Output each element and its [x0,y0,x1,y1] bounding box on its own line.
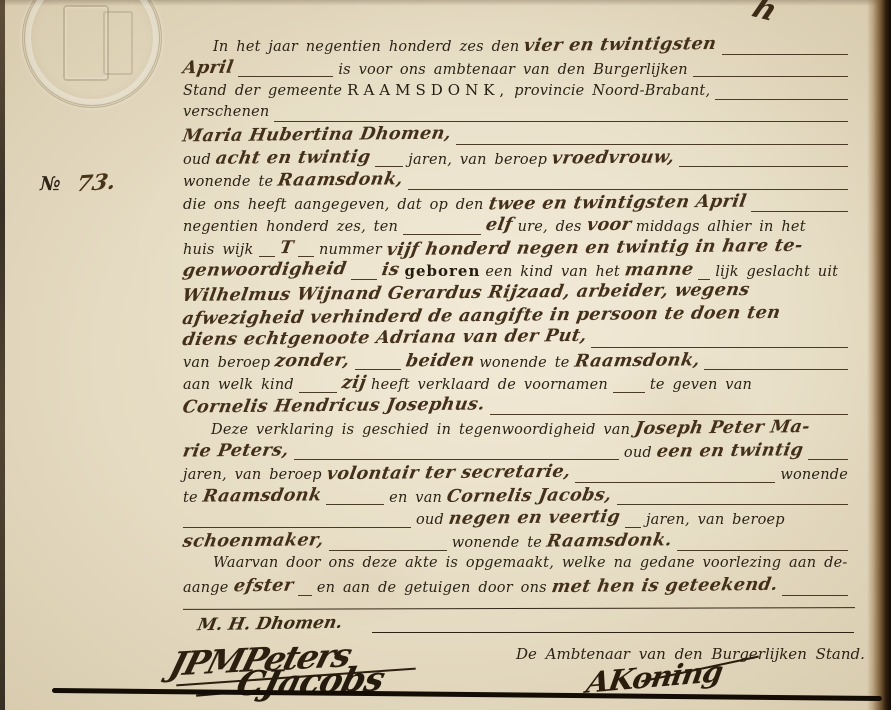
handwritten-text: beiden [404,350,476,371]
signature-declarant: M. H. Dhomen. [196,613,344,636]
handwritten-text: schoenmaker, [181,530,325,551]
blank-line [751,211,848,212]
handwritten-text: April [181,57,235,78]
handwritten-text: zij [340,373,367,393]
document-line: oudnegen en veertigjaren, van beroep [183,509,853,532]
handwritten-text: acht en twintig [214,147,372,169]
handwritten-text: Maria Hubertina Dhomen, [181,124,453,147]
document-line: schoenmaker,wonende teRaamsdonk. [183,532,853,555]
blank-line [591,347,848,348]
handwritten-text: manne [623,260,695,281]
printed-text: wonende te [452,535,542,551]
signature-witness-2: CJacobs [232,659,388,704]
document-line: oudacht en twintigjaren, van beroepvroed… [183,149,853,172]
printed-text: is voor ons ambtenaar van den Burgerlijk… [338,62,687,78]
document-line: rie Peters,oudeen en twintig [183,442,853,465]
blank-line [782,595,848,596]
printed-text: aan welk kind [183,377,294,393]
blank-line [808,459,848,460]
document-line: huis wijkTnummervijf honderd negen en tw… [183,239,853,262]
blank-line [329,550,447,551]
document-line: diens echtgenoote Adriana van der Put, [183,329,853,352]
handwritten-text: Raamsdonk [201,485,323,506]
blank-line [704,369,848,370]
handwritten-text: efster [232,576,295,597]
signature-rule [372,632,854,633]
printed-text: oud [183,152,211,168]
document-line: Cornelis Hendricus Josephus. [183,397,853,420]
document-line: die ons heeft aangegeven, dat op dentwee… [183,194,853,217]
blank-line [298,595,312,596]
document-line: van beroepzonder,beidenwonende teRaamsdo… [183,352,853,375]
printed-text: oud [416,512,444,528]
handwritten-text: vijf honderd negen en twintig in hare te… [385,236,804,260]
document-line: aan welk kindzijheeft verklaard de voorn… [183,374,853,397]
blank-line [326,504,384,505]
handwritten-text: Joseph Peter Ma- [633,417,811,439]
printed-bold-text: geboren [405,262,481,280]
printed-text: heeft verklaard de voornamen [371,377,608,393]
printed-text: Waarvan door ons deze akte is opgemaakt,… [213,555,847,571]
printed-text: van beroep [183,355,270,371]
printed-text: die ons heeft aangegeven, dat op den [183,197,484,213]
record-number-value: 73. [74,169,118,198]
printed-text: Stand der gemeente [183,83,342,99]
document-lines: In het jaar negentien honderd zes denvie… [183,36,853,600]
printed-text: te geven van [650,377,752,393]
document-line: teRaamsdonken vanCornelis Jacobs, [183,487,853,510]
printed-text: huis wijk [183,242,254,258]
printed-text: In het jaar negentien honderd zes den [213,39,519,55]
handwritten-text: met hen is geteekend. [550,575,779,597]
blank-line [355,369,401,370]
printed-text: Deze verklaring is geschied in tegenwoor… [211,422,630,438]
document-line: Waarvan door ons deze akte is opgemaakt,… [183,555,853,578]
printed-text: aange [183,580,229,596]
handwritten-text: afwezigheid verhinderd de aangifte in pe… [181,302,782,328]
handwritten-text: negen en veertig [447,508,622,530]
handwritten-text: twee en twintigsten April [487,191,748,214]
blank-line [613,392,645,393]
handwritten-text: Wilhelmus Wijnand Gerardus Rijzaad, arbe… [181,280,751,306]
document-line: In het jaar negentien honderd zes denvie… [183,36,853,59]
printed-text: provincie Noord-Brabant, [514,83,710,99]
blank-line [617,504,848,505]
blank-line [575,482,775,483]
blank-line [722,54,848,55]
printed-text: jaren, van beroep [408,152,547,168]
printed-text: oud [624,445,652,461]
handwritten-text: rie Peters, [181,440,290,461]
blank-line [274,121,848,122]
printed-text: te [183,490,198,506]
blank-line [693,76,848,77]
handwritten-text: een en twintig [655,440,805,462]
document-line: wonende teRaamsdonk, [183,171,853,194]
book-binding-edge [0,0,5,710]
handwritten-text: zonder, [273,350,351,371]
printed-caps-text: RAAMSDONK, [347,81,509,99]
handwritten-text: Raamsdonk, [277,170,405,191]
handwritten-text: diens echtgenoote Adriana van der Put, [181,326,589,350]
blank-line [679,166,848,167]
handwritten-text: Raamsdonk, [573,350,701,371]
blank-line [677,550,848,551]
printed-text: en aan de getuigen door ons [317,580,547,596]
numero-sign: № [40,173,62,195]
blank-line [375,166,403,167]
blank-line [351,279,377,280]
printed-text: lijk geslacht uit [715,264,838,280]
blank-line [259,256,275,257]
printed-text: middags alhier in het [636,219,806,235]
document-line: genwoordigheidisgeboreneen kind van hetm… [183,261,853,284]
handwritten-text: Raamsdonk. [545,530,673,551]
blank-line [456,144,848,145]
handwritten-text: elf [484,215,514,235]
blank-line [490,414,848,415]
document-line: Aprilis voor ons ambtenaar van den Burge… [183,59,853,82]
printed-text: een kind van het [485,264,620,280]
document-line: Stand der gemeenteRAAMSDONK,provincie No… [183,81,853,104]
record-number: № 73. [40,170,115,196]
document-line: Deze verklaring is geschied in tegenwoor… [183,419,853,442]
handwritten-text: voor [585,215,633,235]
blank-line [299,392,337,393]
blank-line [183,527,411,528]
page-right-edge [867,0,891,710]
scanned-birth-record: { "palette":{ "paper":"#e6dcc4", "printe… [0,0,891,710]
printed-text: verschenen [183,104,269,120]
blank-line [625,527,641,528]
handwritten-text: is [381,260,402,280]
document-line: jaren, van beroepvolontair ter secretari… [183,464,853,487]
handwritten-text: vroedvrouw, [550,147,676,168]
handwritten-text: Cornelis Hendricus Josephus. [181,394,486,417]
printed-text: wonende te [479,355,569,371]
printed-text: wonende te [183,174,273,190]
printed-text: negentien honderd zes, ten [183,219,398,235]
document-line: aangeefsteren aan de getuigen door onsme… [183,577,853,600]
blank-line [238,76,333,77]
document-line: verschenen [183,104,853,127]
blank-line [715,99,848,100]
bottom-page-rule [52,688,882,701]
embossed-seal [22,0,162,108]
blank-line [403,234,481,235]
document-line: Maria Hubertina Dhomen, [183,126,853,149]
handwritten-text: T [278,238,295,258]
blank-line [294,459,619,460]
handwritten-text: Cornelis Jacobs, [445,485,613,507]
handwritten-text: vier en twintigsten [523,34,719,56]
printed-text: en van [389,490,442,506]
printed-text: ure, des [518,219,582,235]
blank-line [408,189,848,190]
handwritten-text: volontair ter secretarie, [325,462,572,485]
printed-text: jaren, van beroep [646,512,785,528]
handwritten-text: genwoordigheid [181,260,348,282]
printed-text: wonende [780,467,848,483]
printed-text: nummer [319,242,382,258]
blank-line [298,256,314,257]
printed-text: jaren, van beroep [183,467,322,483]
